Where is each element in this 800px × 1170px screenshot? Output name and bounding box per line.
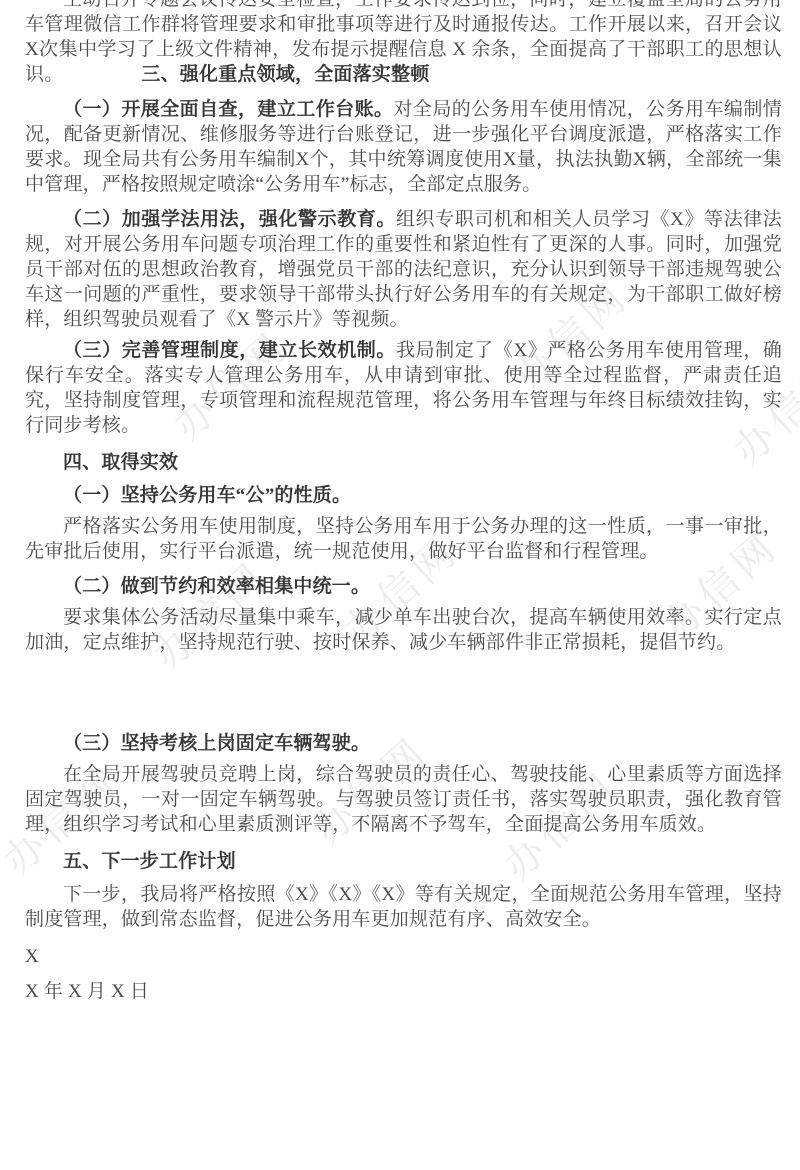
signature-date: X 年 X 月 X 日: [25, 979, 782, 1004]
subheading-3-3: （三）完善管理制度，建立长效机制。: [63, 340, 396, 361]
heading-section-4: 四、取得实效: [25, 450, 782, 475]
body-4-3: 在全局开展驾驶员竞聘上岗，综合驾驶员的责任心、驾驶技能、心里素质等方面选择固定驾…: [25, 762, 782, 837]
body-5: 下一步，我局将严格按照《X》《X》《X》等有关规定，全面规范公务用车管理，坚持制…: [25, 882, 782, 932]
heading-section-5: 五、下一步工作计划: [25, 849, 782, 874]
heading-section-3: 三、强化重点领域，全面落实整顿: [141, 64, 429, 85]
paragraph-section3-item1: （一）开展全面自查，建立工作台账。对全局的公务用车使用情况，公务用车编制情况，配…: [25, 97, 782, 197]
subheading-4-1: （一）坚持公务用车“公”的性质。: [25, 483, 782, 508]
document-body: 主动召开专题会议传达安全检查，工作要求传达到位，同时，建立覆盖全局的公务用车管理…: [25, 0, 782, 1004]
subheading-3-1: （一）开展全面自查，建立工作台账。: [63, 99, 393, 120]
signature-name: X: [25, 944, 782, 969]
paragraph-section3-item3: （三）完善管理制度，建立长效机制。我局制定了《X》严格公务用车使用管理，确保行车…: [25, 338, 782, 438]
subheading-4-2: （二）做到节约和效率相集中统一。: [25, 574, 782, 599]
subheading-3-2: （二）加强学法用法，强化警示教育。: [63, 209, 396, 230]
paragraph-section3-item2: （二）加强学法用法，强化警示教育。组织专职司机和相关人员学习《X》等法律法规，对…: [25, 207, 782, 332]
paragraph-intro: 主动召开专题会议传达安全检查，工作要求传达到位，同时，建立覆盖全局的公务用车管理…: [25, 0, 782, 87]
body-4-2: 要求集体公务活动尽量集中乘车，减少单车出驶台次，提高车辆使用效率。实行定点加油，…: [25, 605, 782, 655]
body-4-1: 严格落实公务用车使用制度，坚持公务用车用于公务办理的这一性质，一事一审批，先审批…: [25, 514, 782, 564]
subheading-4-3: （三）坚持考核上岗固定车辆驾驶。: [25, 731, 782, 756]
document-page: 办信网 办信网 办信网 办信网 办信网 办信网 办信网 办信网 办信网 主动召开…: [0, 0, 800, 1170]
intro-clipped-line: 主动召开专题会议传达安全检查，工作要求传达到位，同时，建立覆盖全局的公务: [63, 0, 763, 10]
